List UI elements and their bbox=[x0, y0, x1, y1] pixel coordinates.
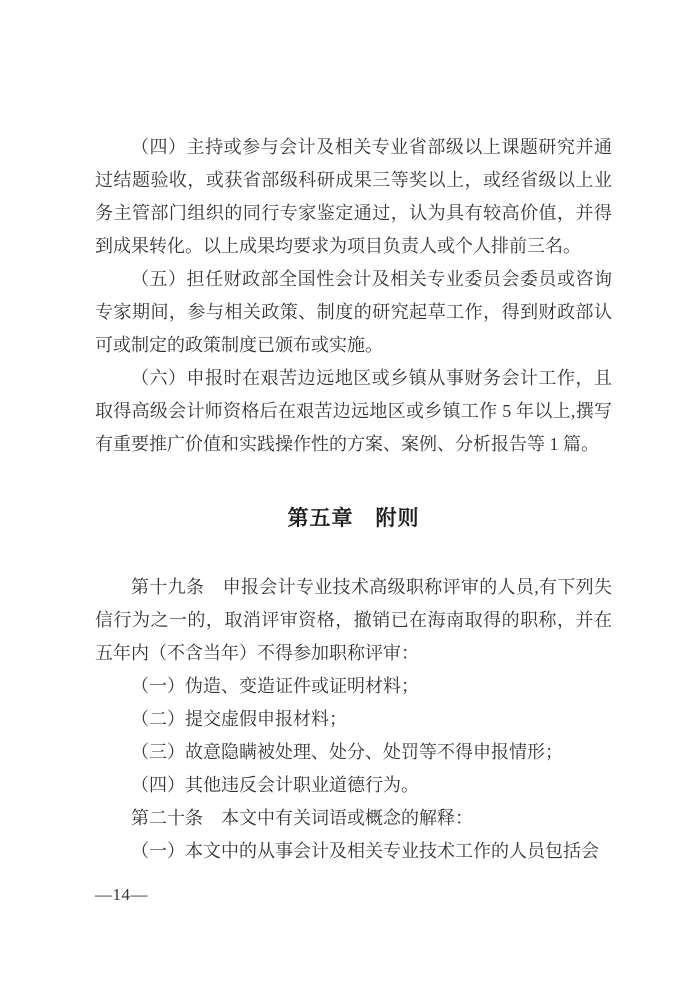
paragraph-item-6: （六）申报时在艰苦边远地区或乡镇从事财务会计工作，且取得高级会计师资格后在艰苦边… bbox=[95, 362, 612, 461]
list-item-1: （一）伪造、变造证件或证明材料； bbox=[95, 670, 612, 703]
paragraph-article-20-item-1: （一）本文中的从事会计及相关专业技术工作的人员包括会 bbox=[95, 835, 612, 868]
list-item-2: （二）提交虚假申报材料； bbox=[95, 703, 612, 736]
paragraph-item-5: （五）担任财政部全国性会计及相关专业委员会委员或咨询专家期间，参与相关政策、制度… bbox=[95, 263, 612, 362]
paragraph-article-19: 第十九条 申报会计专业技术高级职称评审的人员,有下列失信行为之一的，取消评审资格… bbox=[95, 571, 612, 670]
paragraph-item-4: （四）主持或参与会计及相关专业省部级以上课题研究并通过结题验收，或获省部级科研成… bbox=[95, 131, 612, 263]
chapter-heading: 第五章 附则 bbox=[95, 502, 612, 535]
page-number: —14— bbox=[95, 884, 148, 906]
list-item-3: （三）故意隐瞒被处理、处分、处罚等不得申报情形； bbox=[95, 736, 612, 769]
list-item-4: （四）其他违反会计职业道德行为。 bbox=[95, 769, 612, 802]
document-body: （四）主持或参与会计及相关专业省部级以上课题研究并通过结题验收，或获省部级科研成… bbox=[95, 131, 612, 868]
document-page: （四）主持或参与会计及相关专业省部级以上课题研究并通过结题验收，或获省部级科研成… bbox=[0, 0, 700, 990]
paragraph-article-20: 第二十条 本文中有关词语或概念的解释： bbox=[95, 802, 612, 835]
